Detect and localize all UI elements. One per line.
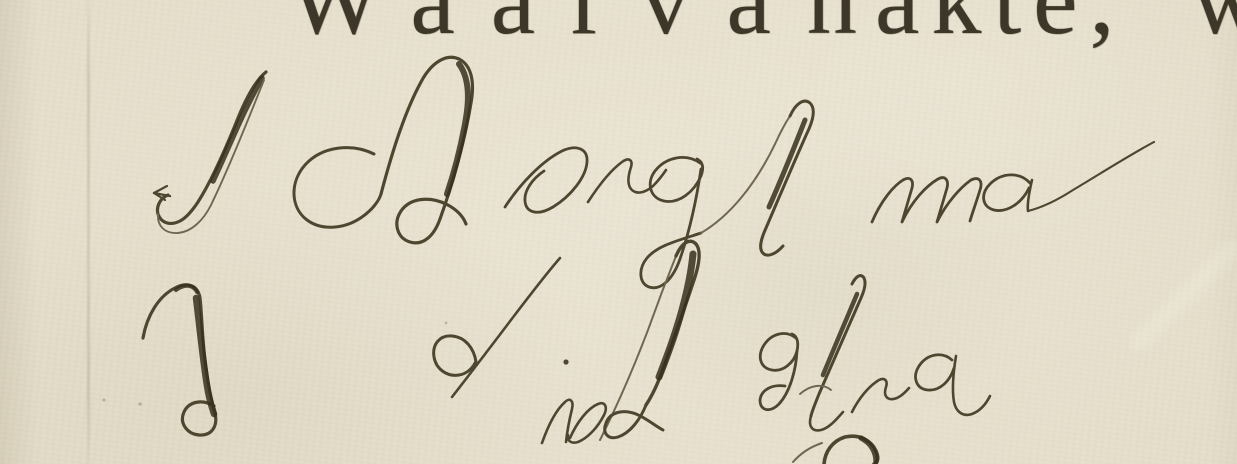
document-scan: Waarvan akte, w (0, 0, 1237, 464)
ink-specks (102, 322, 447, 406)
signature-partial-third (793, 436, 878, 464)
signature-s-bergsma (154, 57, 1154, 288)
signature-b-tielstra (143, 241, 990, 443)
handwritten-signatures-layer (0, 0, 1237, 464)
